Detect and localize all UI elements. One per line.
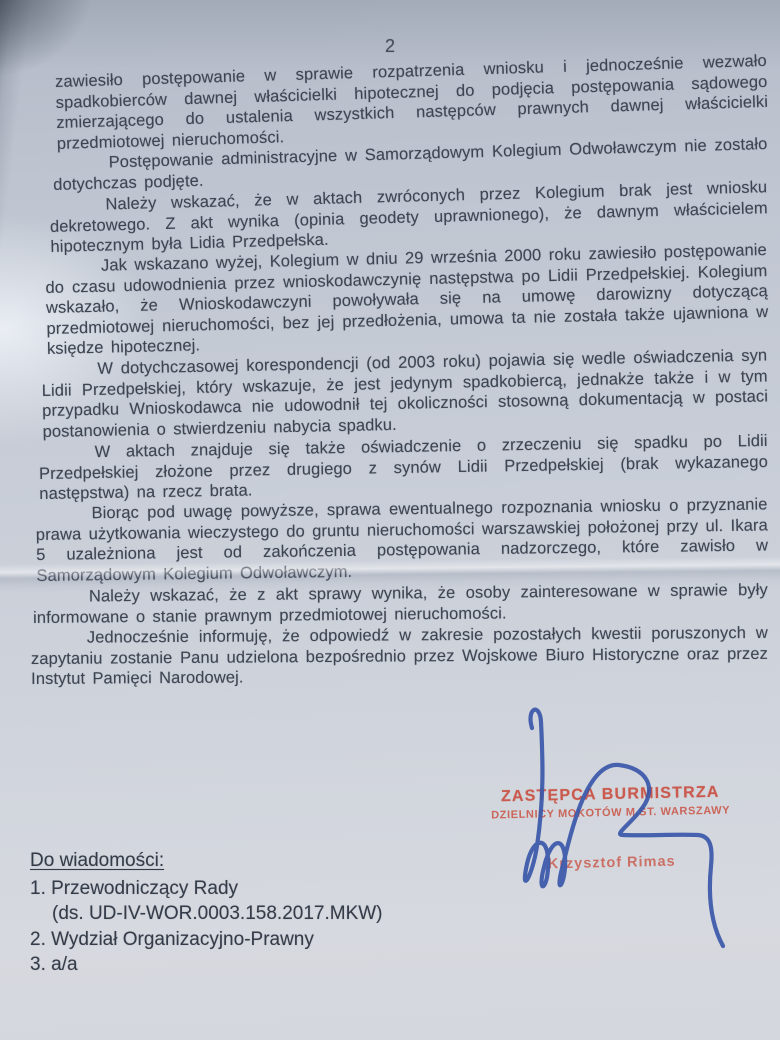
distribution-item: 2. Wydział Organizacyjno-Prawny <box>30 927 383 953</box>
official-stamp: ZASTĘPCA BURMISTRZA DZIELNICY MOKOTÓW M.… <box>477 783 745 874</box>
distribution-item-reference: (ds. UD-IV-WOR.0003.158.2017.MKW) <box>30 901 383 927</box>
distribution-list: Do wiadomości: 1. Przewodniczący Rady (d… <box>30 848 383 978</box>
distribution-heading: Do wiadomości: <box>30 848 383 874</box>
paragraph: Należy wskazać, że z akt sprawy wynika, … <box>33 580 768 628</box>
letter-body: zawiesiło postępowanie w sprawie rozpatr… <box>30 72 768 690</box>
paragraph: Jak wskazano wyżej, Kolegium w dniu 29 w… <box>45 240 769 360</box>
distribution-item: 1. Przewodniczący Rady <box>30 876 383 902</box>
stamp-title-line1: ZASTĘPCA BURMISTRZA <box>477 783 743 807</box>
paragraph: Biorąc pod uwagę powyższe, sprawa ewentu… <box>35 495 768 587</box>
paragraph: Jednocześnie informuję, że odpowiedź w z… <box>31 623 768 690</box>
paragraph: W aktach znajduje się także oświadczenie… <box>38 431 768 505</box>
document-photo: 2 zawiesiło postępowanie w sprawie rozpa… <box>0 0 780 1040</box>
paragraph: W dotychczasowej korespondencji (od 2003… <box>41 346 769 443</box>
stamp-title-line2: DZIELNICY MOKOTÓW M.ST. WARSZAWY <box>478 804 744 822</box>
stamp-signer-name: Krzysztof Rimas <box>479 852 745 874</box>
distribution-item: 3. a/a <box>30 952 383 978</box>
